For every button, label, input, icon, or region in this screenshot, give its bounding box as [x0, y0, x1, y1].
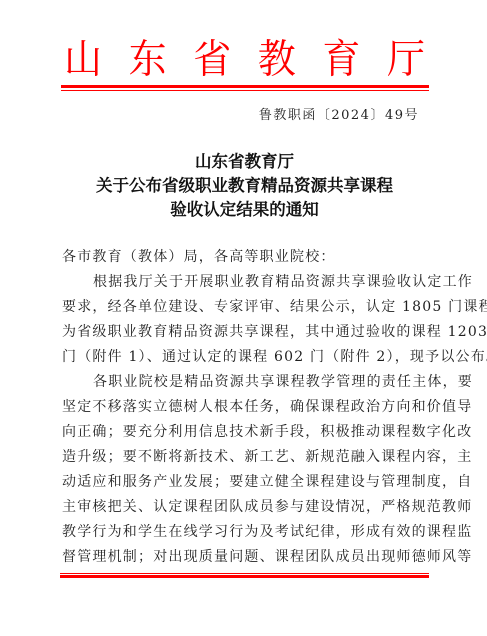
body-line: 造升级；要不断将新技术、新工艺、新规范融入课程内容，主: [62, 445, 424, 470]
document-page: 山 东 省 教 育 厅 鲁教职函〔2024〕49号 山东省教育厅 关于公布省级职…: [0, 0, 487, 636]
letterhead-char: 省: [193, 37, 231, 81]
letterhead-char: 教: [258, 37, 296, 81]
body-line: 向正确；要充分利用信息技术新手段，积极推动课程数字化改: [62, 420, 424, 445]
letterhead-char: 东: [129, 37, 167, 81]
title-line: 山东省教育厅: [60, 150, 429, 174]
title-line: 关于公布省级职业教育精品资源共享课程: [60, 174, 429, 198]
footer-rule-thin: [60, 573, 429, 574]
body-line: 各职业院校是精品资源共享课程教学管理的责任主体，要: [62, 370, 424, 395]
body-line: 门（附件 1）、通过认定的课程 602 门（附件 2），现予以公布。: [62, 345, 424, 370]
body-line: 教学行为和学生在线学习行为及考试纪律，形成有效的课程监: [62, 520, 424, 545]
body-line: 根据我厅关于开展职业教育精品资源共享课验收认定工作: [62, 270, 424, 295]
letterhead-char: 山: [64, 37, 102, 81]
title-line: 验收认定结果的通知: [60, 198, 429, 222]
letterhead-char: 厅: [387, 37, 425, 81]
body-line: 要求，经各单位建设、专家评审、结果公示，认定 1805 门课程: [62, 295, 424, 320]
letterhead-char: 育: [322, 37, 360, 81]
body-line: 动适应和服务产业发展；要建立健全课程建设与管理制度，自: [62, 470, 424, 495]
footer-rule-thick: [60, 575, 429, 578]
body-line: 主审核把关、认定课程团队成员参与建设情况，严格规范教师: [62, 495, 424, 520]
letterhead-rule-thin: [61, 90, 429, 91]
letterhead-rule-thick: [61, 85, 429, 88]
body-line: 督管理机制；对出现质量问题、课程团队成员出现师德师风等: [62, 545, 424, 570]
salutation: 各市教育（教体）局，各高等职业院校：: [62, 245, 424, 270]
notice-title: 山东省教育厅 关于公布省级职业教育精品资源共享课程 验收认定结果的通知: [60, 150, 429, 222]
body-line: 为省级职业教育精品资源共享课程，其中通过验收的课程 1203: [62, 320, 424, 345]
document-number: 鲁教职函〔2024〕49号: [259, 108, 419, 124]
body-line: 坚定不移落实立德树人根本任务，确保课程政治方向和价值导: [62, 395, 424, 420]
org-letterhead: 山 东 省 教 育 厅: [60, 38, 429, 80]
notice-body: 各市教育（教体）局，各高等职业院校： 根据我厅关于开展职业教育精品资源共享课验收…: [62, 245, 424, 570]
